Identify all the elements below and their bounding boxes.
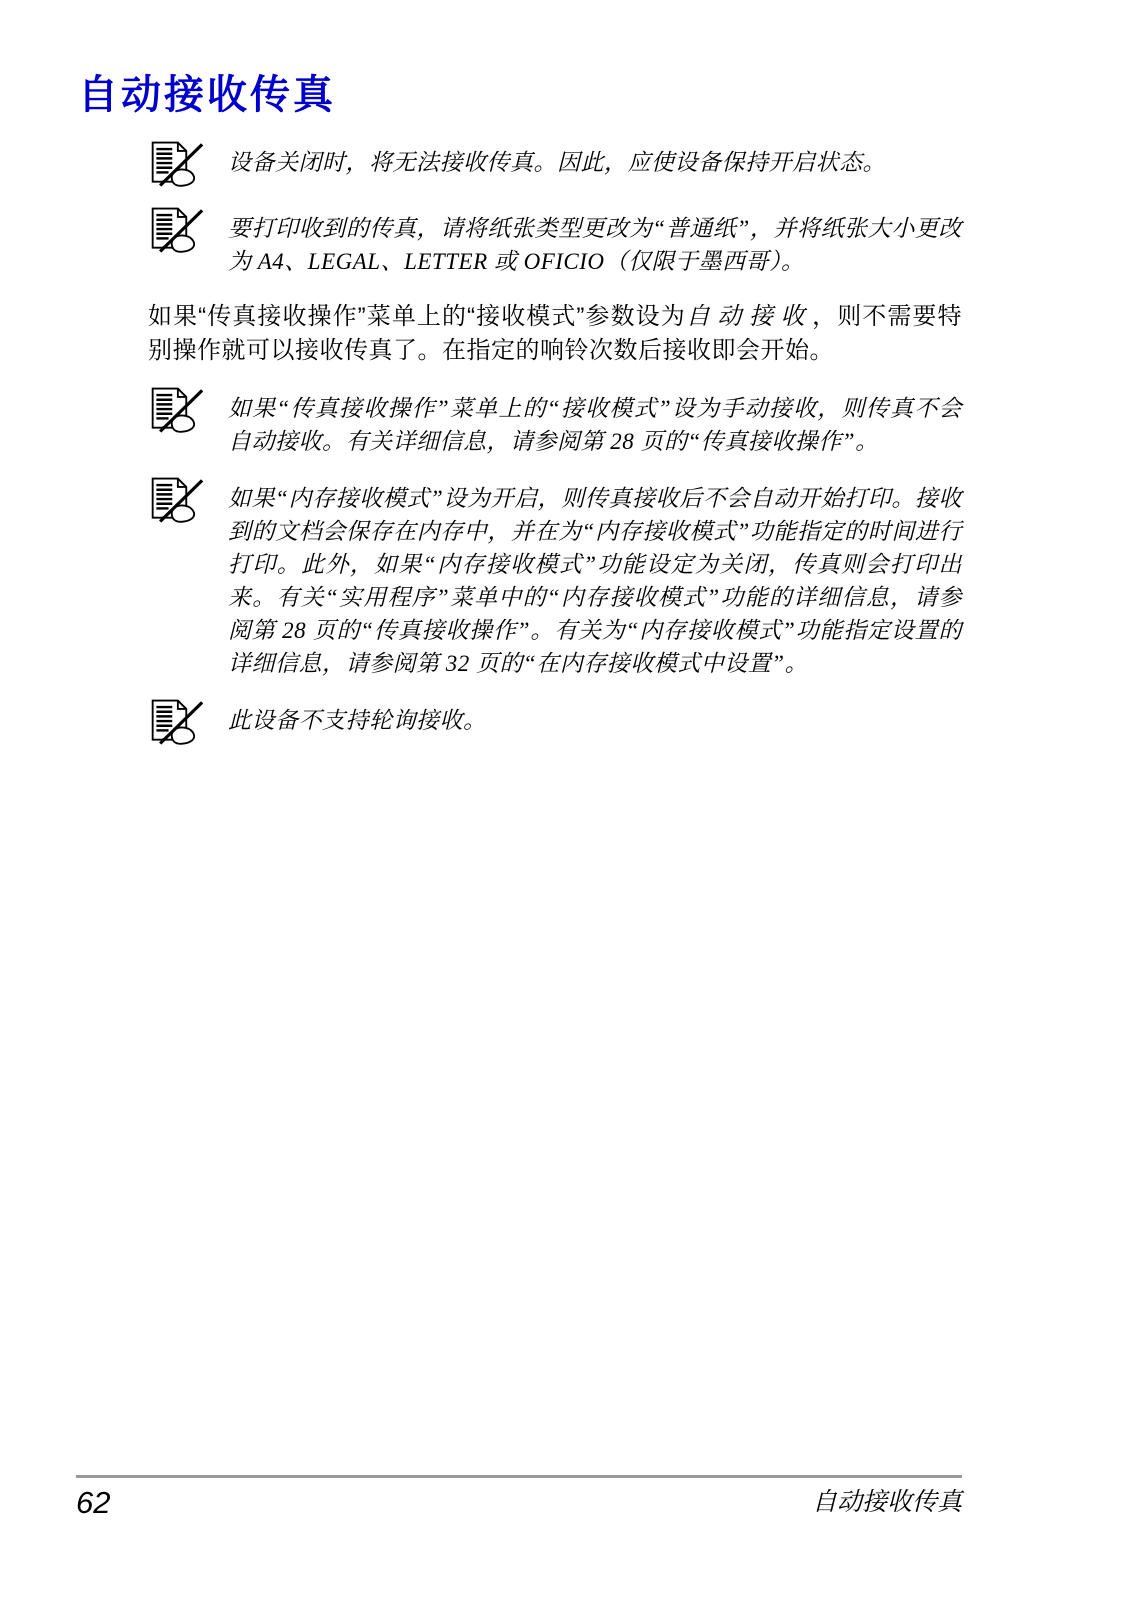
- note-text: 如果“传真接收操作”菜单上的“接收模式”设为手动接收，则传真不会自动接收。有关详…: [228, 392, 962, 458]
- note-item: 此设备不支持轮询接收。: [148, 698, 962, 746]
- page-footer: 62 自动接收传真: [76, 1475, 962, 1520]
- note-pencil-icon: [148, 140, 204, 188]
- page-number: 62: [76, 1486, 110, 1520]
- note-item: 如果“传真接收操作”菜单上的“接收模式”设为手动接收，则传真不会自动接收。有关详…: [148, 386, 962, 458]
- menu-value: 自动接收: [686, 304, 812, 330]
- note-text: 如果“内存接收模式”设为开启，则传真接收后不会自动开始打印。接收到的文档会保存在…: [228, 482, 962, 680]
- note-item: 如果“内存接收模式”设为开启，则传真接收后不会自动开始打印。接收到的文档会保存在…: [148, 476, 962, 680]
- note-pencil-icon: [148, 386, 204, 434]
- page-content: 设备关闭时，将无法接收传真。因此，应使设备保持开启状态。 要: [148, 122, 962, 746]
- note-pencil-icon: [148, 698, 204, 746]
- note-item: 要打印收到的传真，请将纸张类型更改为“普通纸”，并将纸张大小更改为 A4、LEG…: [148, 206, 962, 278]
- note-text: 要打印收到的传真，请将纸张类型更改为“普通纸”，并将纸张大小更改为 A4、LEG…: [228, 212, 962, 278]
- note-pencil-icon: [148, 476, 204, 524]
- body-paragraph: 如果“传真接收操作”菜单上的“接收模式”参数设为自动接收，则不需要特别操作就可以…: [148, 300, 962, 368]
- page-title: 自动接收传真: [78, 72, 336, 118]
- footer-section-title: 自动接收传真: [812, 1486, 962, 1520]
- note-pencil-icon: [148, 206, 204, 254]
- note-text: 设备关闭时，将无法接收传真。因此，应使设备保持开启状态。: [228, 146, 962, 179]
- note-text: 此设备不支持轮询接收。: [228, 704, 962, 737]
- note-item: 设备关闭时，将无法接收传真。因此，应使设备保持开启状态。: [148, 140, 962, 188]
- body-text-part: 如果“传真接收操作”菜单上的“接收模式”参数设为: [148, 303, 686, 330]
- footer-row: 62 自动接收传真: [76, 1478, 962, 1520]
- manual-page: 自动接收传真 设备关闭时，将无法接收传真。因此，应使设备保持开: [0, 0, 1130, 1600]
